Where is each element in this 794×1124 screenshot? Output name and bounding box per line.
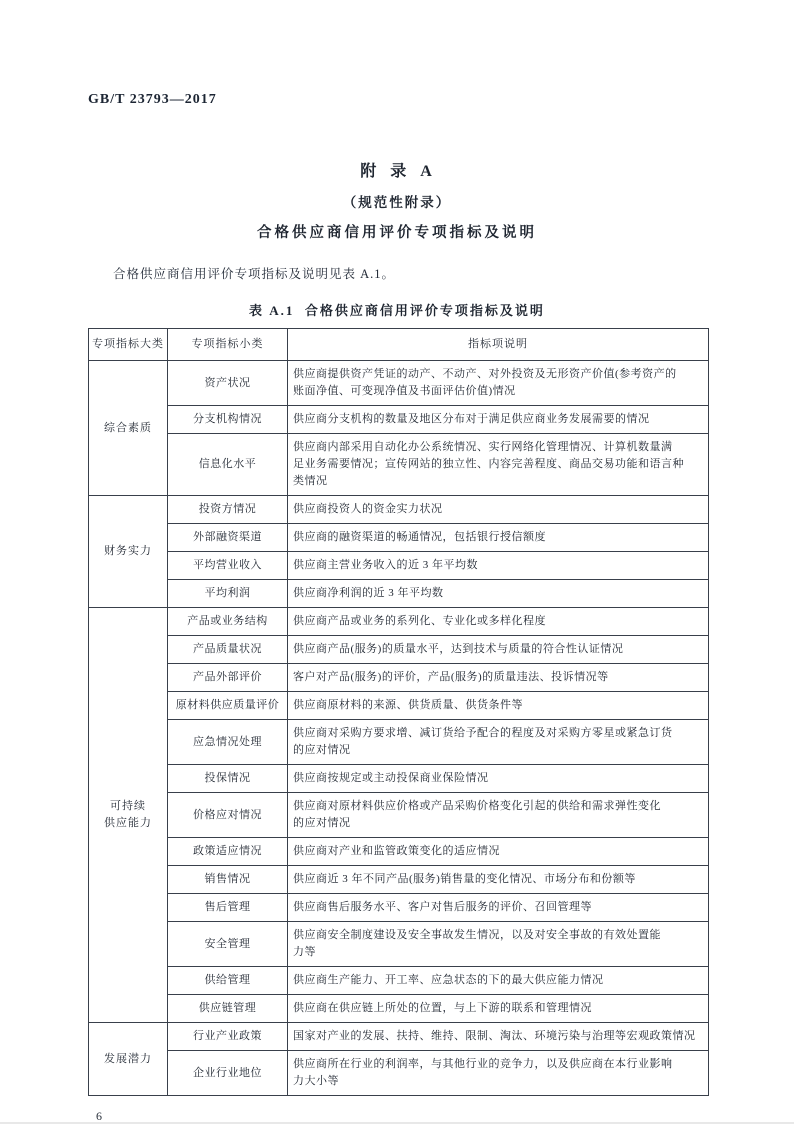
table-row: 应急情况处理供应商对采购方要求增、减订货给予配合的程度及对采购方零星或紧急订货 …: [89, 720, 709, 765]
table-row: 可持续 供应能力产品或业务结构供应商产品或业务的系列化、专业化或多样化程度: [89, 608, 709, 636]
table-row: 销售情况供应商近 3 年不同产品(服务)销售量的变化情况、市场分布和份额等: [89, 866, 709, 894]
table-row: 供应链管理供应商在供应链上所处的位置，与上下游的联系和管理情况: [89, 995, 709, 1023]
description-cell: 供应商所在行业的利润率，与其他行业的竞争力，以及供应商在本行业影响 力大小等: [288, 1051, 709, 1096]
subcategory-cell: 平均营业收入: [168, 552, 288, 580]
subcategory-cell: 售后管理: [168, 894, 288, 922]
column-header-subcategory: 专项指标小类: [168, 329, 288, 361]
subcategory-cell: 外部融资渠道: [168, 524, 288, 552]
description-cell: 供应商投资人的资金实力状况: [288, 496, 709, 524]
category-cell: 综合素质: [89, 361, 168, 496]
description-cell: 供应商对产业和监管政策变化的适应情况: [288, 838, 709, 866]
subcategory-cell: 投资方情况: [168, 496, 288, 524]
table-row: 财务实力投资方情况供应商投资人的资金实力状况: [89, 496, 709, 524]
subcategory-cell: 行业产业政策: [168, 1023, 288, 1051]
subcategory-cell: 信息化水平: [168, 434, 288, 496]
subcategory-cell: 安全管理: [168, 922, 288, 967]
table-row: 供给管理供应商生产能力、开工率、应急状态的下的最大供应能力情况: [89, 967, 709, 995]
subcategory-cell: 政策适应情况: [168, 838, 288, 866]
description-cell: 供应商产品(服务)的质量水平，达到技术与质量的符合性认证情况: [288, 636, 709, 664]
column-header-description: 指标项说明: [288, 329, 709, 361]
table-row: 安全管理供应商安全制度建设及安全事故发生情况，以及对安全事故的有效处置能 力等: [89, 922, 709, 967]
description-cell: 供应商安全制度建设及安全事故发生情况，以及对安全事故的有效处置能 力等: [288, 922, 709, 967]
table-row: 信息化水平供应商内部采用自动化办公系统情况、实行网络化管理情况、计算机数量满 足…: [89, 434, 709, 496]
table-row: 政策适应情况供应商对产业和监管政策变化的适应情况: [89, 838, 709, 866]
subcategory-cell: 企业行业地位: [168, 1051, 288, 1096]
description-cell: 国家对产业的发展、扶持、维持、限制、淘汰、环境污染与治理等宏观政策情况: [288, 1023, 709, 1051]
table-row: 原材料供应质量评价供应商原材料的来源、供货质量、供货条件等: [89, 692, 709, 720]
subcategory-cell: 产品或业务结构: [168, 608, 288, 636]
description-cell: 供应商在供应链上所处的位置，与上下游的联系和管理情况: [288, 995, 709, 1023]
table-row: 外部融资渠道供应商的融资渠道的畅通情况，包括银行授信额度: [89, 524, 709, 552]
description-cell: 供应商生产能力、开工率、应急状态的下的最大供应能力情况: [288, 967, 709, 995]
description-cell: 客户对产品(服务)的评价，产品(服务)的质量违法、投诉情况等: [288, 664, 709, 692]
table-row: 投保情况供应商按规定或主动投保商业保险情况: [89, 765, 709, 793]
description-cell: 供应商产品或业务的系列化、专业化或多样化程度: [288, 608, 709, 636]
table-row: 分支机构情况供应商分支机构的数量及地区分布对于满足供应商业务发展需要的情况: [89, 406, 709, 434]
document-page: GB/T 23793—2017 附 录 A （规范性附录） 合格供应商信用评价专…: [0, 0, 794, 1122]
table-row: 价格应对情况供应商对原材料供应价格或产品采购价格变化引起的供给和需求弹性变化 的…: [89, 793, 709, 838]
table-row: 综合素质资产状况供应商提供资产凭证的动产、不动产、对外投资及无形资产价值(参考资…: [89, 361, 709, 406]
description-cell: 供应商对采购方要求增、减订货给予配合的程度及对采购方零星或紧急订货 的应对情况: [288, 720, 709, 765]
table-caption: 表 A.1 合格供应商信用评价专项指标及说明: [88, 300, 706, 319]
subcategory-cell: 资产状况: [168, 361, 288, 406]
indicator-table: 专项指标大类 专项指标小类 指标项说明 综合素质资产状况供应商提供资产凭证的动产…: [88, 328, 709, 1096]
column-header-category: 专项指标大类: [89, 329, 168, 361]
subcategory-cell: 应急情况处理: [168, 720, 288, 765]
subcategory-cell: 价格应对情况: [168, 793, 288, 838]
table-row: 发展潜力行业产业政策国家对产业的发展、扶持、维持、限制、淘汰、环境污染与治理等宏…: [89, 1023, 709, 1051]
appendix-heading: 合格供应商信用评价专项指标及说明: [88, 221, 706, 242]
table-header-row: 专项指标大类 专项指标小类 指标项说明: [89, 329, 709, 361]
table-row: 产品质量状况供应商产品(服务)的质量水平，达到技术与质量的符合性认证情况: [89, 636, 709, 664]
description-cell: 供应商按规定或主动投保商业保险情况: [288, 765, 709, 793]
table-row: 售后管理供应商售后服务水平、客户对售后服务的评价、召回管理等: [89, 894, 709, 922]
description-cell: 供应商主营业务收入的近 3 年平均数: [288, 552, 709, 580]
appendix-title: 附 录 A: [88, 158, 706, 181]
subcategory-cell: 平均利润: [168, 580, 288, 608]
subcategory-cell: 销售情况: [168, 866, 288, 894]
description-cell: 供应商近 3 年不同产品(服务)销售量的变化情况、市场分布和份额等: [288, 866, 709, 894]
table-row: 产品外部评价客户对产品(服务)的评价，产品(服务)的质量违法、投诉情况等: [89, 664, 709, 692]
subcategory-cell: 供给管理: [168, 967, 288, 995]
subcategory-cell: 投保情况: [168, 765, 288, 793]
intro-paragraph: 合格供应商信用评价专项指标及说明见表 A.1。: [88, 264, 706, 282]
subcategory-cell: 产品外部评价: [168, 664, 288, 692]
subcategory-cell: 产品质量状况: [168, 636, 288, 664]
table-body: 综合素质资产状况供应商提供资产凭证的动产、不动产、对外投资及无形资产价值(参考资…: [89, 361, 709, 1096]
appendix-title-block: 附 录 A （规范性附录） 合格供应商信用评价专项指标及说明: [88, 158, 706, 242]
description-cell: 供应商提供资产凭证的动产、不动产、对外投资及无形资产价值(参考资产的 账面净值、…: [288, 361, 709, 406]
subcategory-cell: 供应链管理: [168, 995, 288, 1023]
subcategory-cell: 分支机构情况: [168, 406, 288, 434]
subcategory-cell: 原材料供应质量评价: [168, 692, 288, 720]
description-cell: 供应商内部采用自动化办公系统情况、实行网络化管理情况、计算机数量满 足业务需要情…: [288, 434, 709, 496]
description-cell: 供应商净利润的近 3 年平均数: [288, 580, 709, 608]
description-cell: 供应商的融资渠道的畅通情况，包括银行授信额度: [288, 524, 709, 552]
table-header: 专项指标大类 专项指标小类 指标项说明: [89, 329, 709, 361]
table-row: 企业行业地位供应商所在行业的利润率，与其他行业的竞争力，以及供应商在本行业影响 …: [89, 1051, 709, 1096]
standard-number: GB/T 23793—2017: [88, 92, 706, 108]
category-cell: 财务实力: [89, 496, 168, 608]
description-cell: 供应商分支机构的数量及地区分布对于满足供应商业务发展需要的情况: [288, 406, 709, 434]
appendix-subtitle: （规范性附录）: [88, 191, 706, 211]
category-cell: 发展潜力: [89, 1023, 168, 1096]
description-cell: 供应商售后服务水平、客户对售后服务的评价、召回管理等: [288, 894, 709, 922]
category-cell: 可持续 供应能力: [89, 608, 168, 1023]
description-cell: 供应商对原材料供应价格或产品采购价格变化引起的供给和需求弹性变化 的应对情况: [288, 793, 709, 838]
table-row: 平均利润供应商净利润的近 3 年平均数: [89, 580, 709, 608]
table-row: 平均营业收入供应商主营业务收入的近 3 年平均数: [89, 552, 709, 580]
description-cell: 供应商原材料的来源、供货质量、供货条件等: [288, 692, 709, 720]
